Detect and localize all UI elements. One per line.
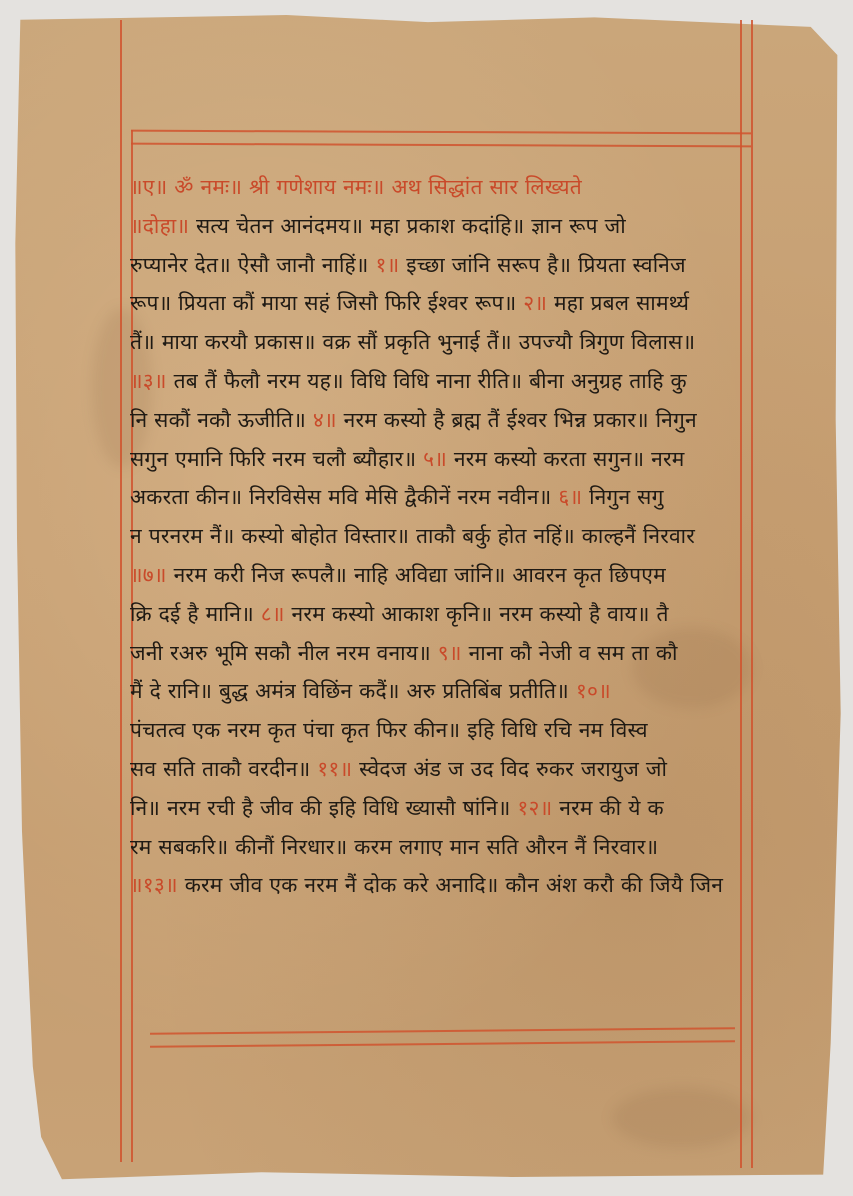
rubric-text: १॥ xyxy=(375,253,406,277)
manuscript-line: न परनरम नैं॥ कस्यो बोहोत विस्तार॥ ताकौ ब… xyxy=(130,517,740,556)
ink-text: रूप॥ प्रियता कौं माया सहं जिसौ फिरि ईश्व… xyxy=(130,291,523,315)
manuscript-line: सव सति ताकौ वरदीन॥ ११॥ स्वेदज अंड ज उद व… xyxy=(130,750,740,789)
ink-text: जनी रअरु भूमि सकौ नील नरम वनाय॥ xyxy=(130,641,438,665)
ink-text: अकरता कीन॥ निरविसेस मवि मेसि द्वैकीनें न… xyxy=(130,485,558,509)
right-margin-rule-outer xyxy=(751,20,753,1168)
ink-text: पंचतत्व एक नरम कृत पंचा कृत फिर कीन॥ इहि… xyxy=(130,718,648,742)
ink-text: रुप्यानेर देत॥ ऐसौ जानौ नाहिं॥ xyxy=(130,253,375,277)
manuscript-line: तैं॥ माया करयौ प्रकास॥ वक्र सौं प्रकृति … xyxy=(130,323,740,362)
ink-text: करम जीव एक नरम नैं दोक करे अनादि॥ कौन अं… xyxy=(185,873,723,897)
ink-text: रम सबकरि॥ कीनौं निरधार॥ करम लगाए मान सति… xyxy=(130,835,658,859)
manuscript-line: मैं दे रानि॥ बुद्ध अमंत्र विछिंन कदैं॥ अ… xyxy=(130,672,740,711)
manuscript-text: ॥ए॥ ॐ नमः॥ श्री गणेशाय नमः॥ अथ सिद्धांत … xyxy=(130,168,740,905)
ink-text: मैं दे रानि॥ बुद्ध अमंत्र विछिंन कदैं॥ अ… xyxy=(130,679,576,703)
ink-text: नि॥ नरम रची है जीव की इहि विधि ख्यासौ षा… xyxy=(130,796,517,820)
rubric-text: ६॥ xyxy=(558,485,589,509)
rubric-text: ॥७॥ xyxy=(130,563,174,587)
manuscript-line: रम सबकरि॥ कीनौं निरधार॥ करम लगाए मान सति… xyxy=(130,828,740,867)
rubric-text: ॥दोहा॥ xyxy=(130,214,196,238)
manuscript-line: ॥ए॥ ॐ नमः॥ श्री गणेशाय नमः॥ अथ सिद्धांत … xyxy=(130,168,740,207)
manuscript-line: नि॥ नरम रची है जीव की इहि विधि ख्यासौ षा… xyxy=(130,789,740,828)
ink-text: नरम कस्यो करता सगुन॥ नरम xyxy=(454,447,685,471)
rubric-text: १०॥ xyxy=(576,679,611,703)
manuscript-line: ॥१३॥ करम जीव एक नरम नैं दोक करे अनादि॥ क… xyxy=(130,866,740,905)
ink-text: तब तैं फैलौ नरम यह॥ विधि विधि नाना रीति॥… xyxy=(174,369,687,393)
manuscript-line: सगुन एमानि फिरि नरम चलौ ब्यौहार॥ ५॥ नरम … xyxy=(130,440,740,479)
ink-text: महा प्रबल सामर्थ्य xyxy=(554,291,689,315)
manuscript-line: अकरता कीन॥ निरविसेस मवि मेसि द्वैकीनें न… xyxy=(130,478,740,517)
ink-text: नाना कौ नेजी व सम ता कौ xyxy=(469,641,678,665)
ink-text: तैं॥ माया करयौ प्रकास॥ वक्र सौं प्रकृति … xyxy=(130,330,695,354)
rubric-text: १२॥ xyxy=(517,796,559,820)
ink-text: सगुन एमानि फिरि नरम चलौ ब्यौहार॥ xyxy=(130,447,423,471)
paper-stain xyxy=(612,1088,752,1148)
left-margin-rule-outer xyxy=(120,20,122,1162)
manuscript-line: रुप्यानेर देत॥ ऐसौ जानौ नाहिं॥ १॥ इच्छा … xyxy=(130,246,740,285)
rubric-text: ॥ए॥ ॐ नमः॥ श्री गणेशाय नमः॥ अथ सिद्धांत … xyxy=(130,175,582,199)
rubric-text: ४॥ xyxy=(313,408,344,432)
rubric-text: ९॥ xyxy=(438,641,469,665)
ink-text: नरम कस्यो है ब्रह्म तैं ईश्वर भिन्न प्रक… xyxy=(344,408,697,432)
ink-text: इच्छा जांनि सरूप है॥ प्रियता स्वनिज xyxy=(406,253,686,277)
ink-text: नरम की ये क xyxy=(559,796,664,820)
ink-text: नि सकौं नकौ ऊजीति॥ xyxy=(130,408,313,432)
rubric-text: ॥३॥ xyxy=(130,369,174,393)
ink-text: सव सति ताकौ वरदीन॥ xyxy=(130,757,317,781)
ink-text: न परनरम नैं॥ कस्यो बोहोत विस्तार॥ ताकौ ब… xyxy=(130,524,695,548)
right-margin-rule-inner xyxy=(740,20,742,1168)
manuscript-line: क्रि दई है मानि॥ ८॥ नरम कस्यो आकाश कृनि॥… xyxy=(130,595,740,634)
rubric-text: ८॥ xyxy=(261,602,292,626)
ink-text: स्वेदज अंड ज उद विद रुकर जरायुज जो xyxy=(359,757,667,781)
ink-text: नरम करी निज रूपलै॥ नाहि अविद्या जांनि॥ आ… xyxy=(174,563,666,587)
rubric-text: ५॥ xyxy=(423,447,454,471)
manuscript-line: पंचतत्व एक नरम कृत पंचा कृत फिर कीन॥ इहि… xyxy=(130,711,740,750)
manuscript-line: ॥७॥ नरम करी निज रूपलै॥ नाहि अविद्या जांन… xyxy=(130,556,740,595)
manuscript-line: नि सकौं नकौ ऊजीति॥ ४॥ नरम कस्यो है ब्रह्… xyxy=(130,401,740,440)
ink-text: सत्य चेतन आनंदमय॥ महा प्रकाश कदांहि॥ ज्ञ… xyxy=(196,214,626,238)
manuscript-line: ॥३॥ तब तैं फैलौ नरम यह॥ विधि विधि नाना र… xyxy=(130,362,740,401)
rubric-text: ॥१३॥ xyxy=(130,873,185,897)
ink-text: निगुन सगु xyxy=(589,485,663,509)
ink-text: क्रि दई है मानि॥ xyxy=(130,602,261,626)
rubric-text: ११॥ xyxy=(317,757,359,781)
manuscript-line: ॥दोहा॥ सत्य चेतन आनंदमय॥ महा प्रकाश कदां… xyxy=(130,207,740,246)
ink-text: नरम कस्यो आकाश कृनि॥ नरम कस्यो है वाय॥ त… xyxy=(292,602,669,626)
manuscript-line: रूप॥ प्रियता कौं माया सहं जिसौ फिरि ईश्व… xyxy=(130,284,740,323)
manuscript-line: जनी रअरु भूमि सकौ नील नरम वनाय॥ ९॥ नाना … xyxy=(130,634,740,673)
rubric-text: २॥ xyxy=(523,291,554,315)
